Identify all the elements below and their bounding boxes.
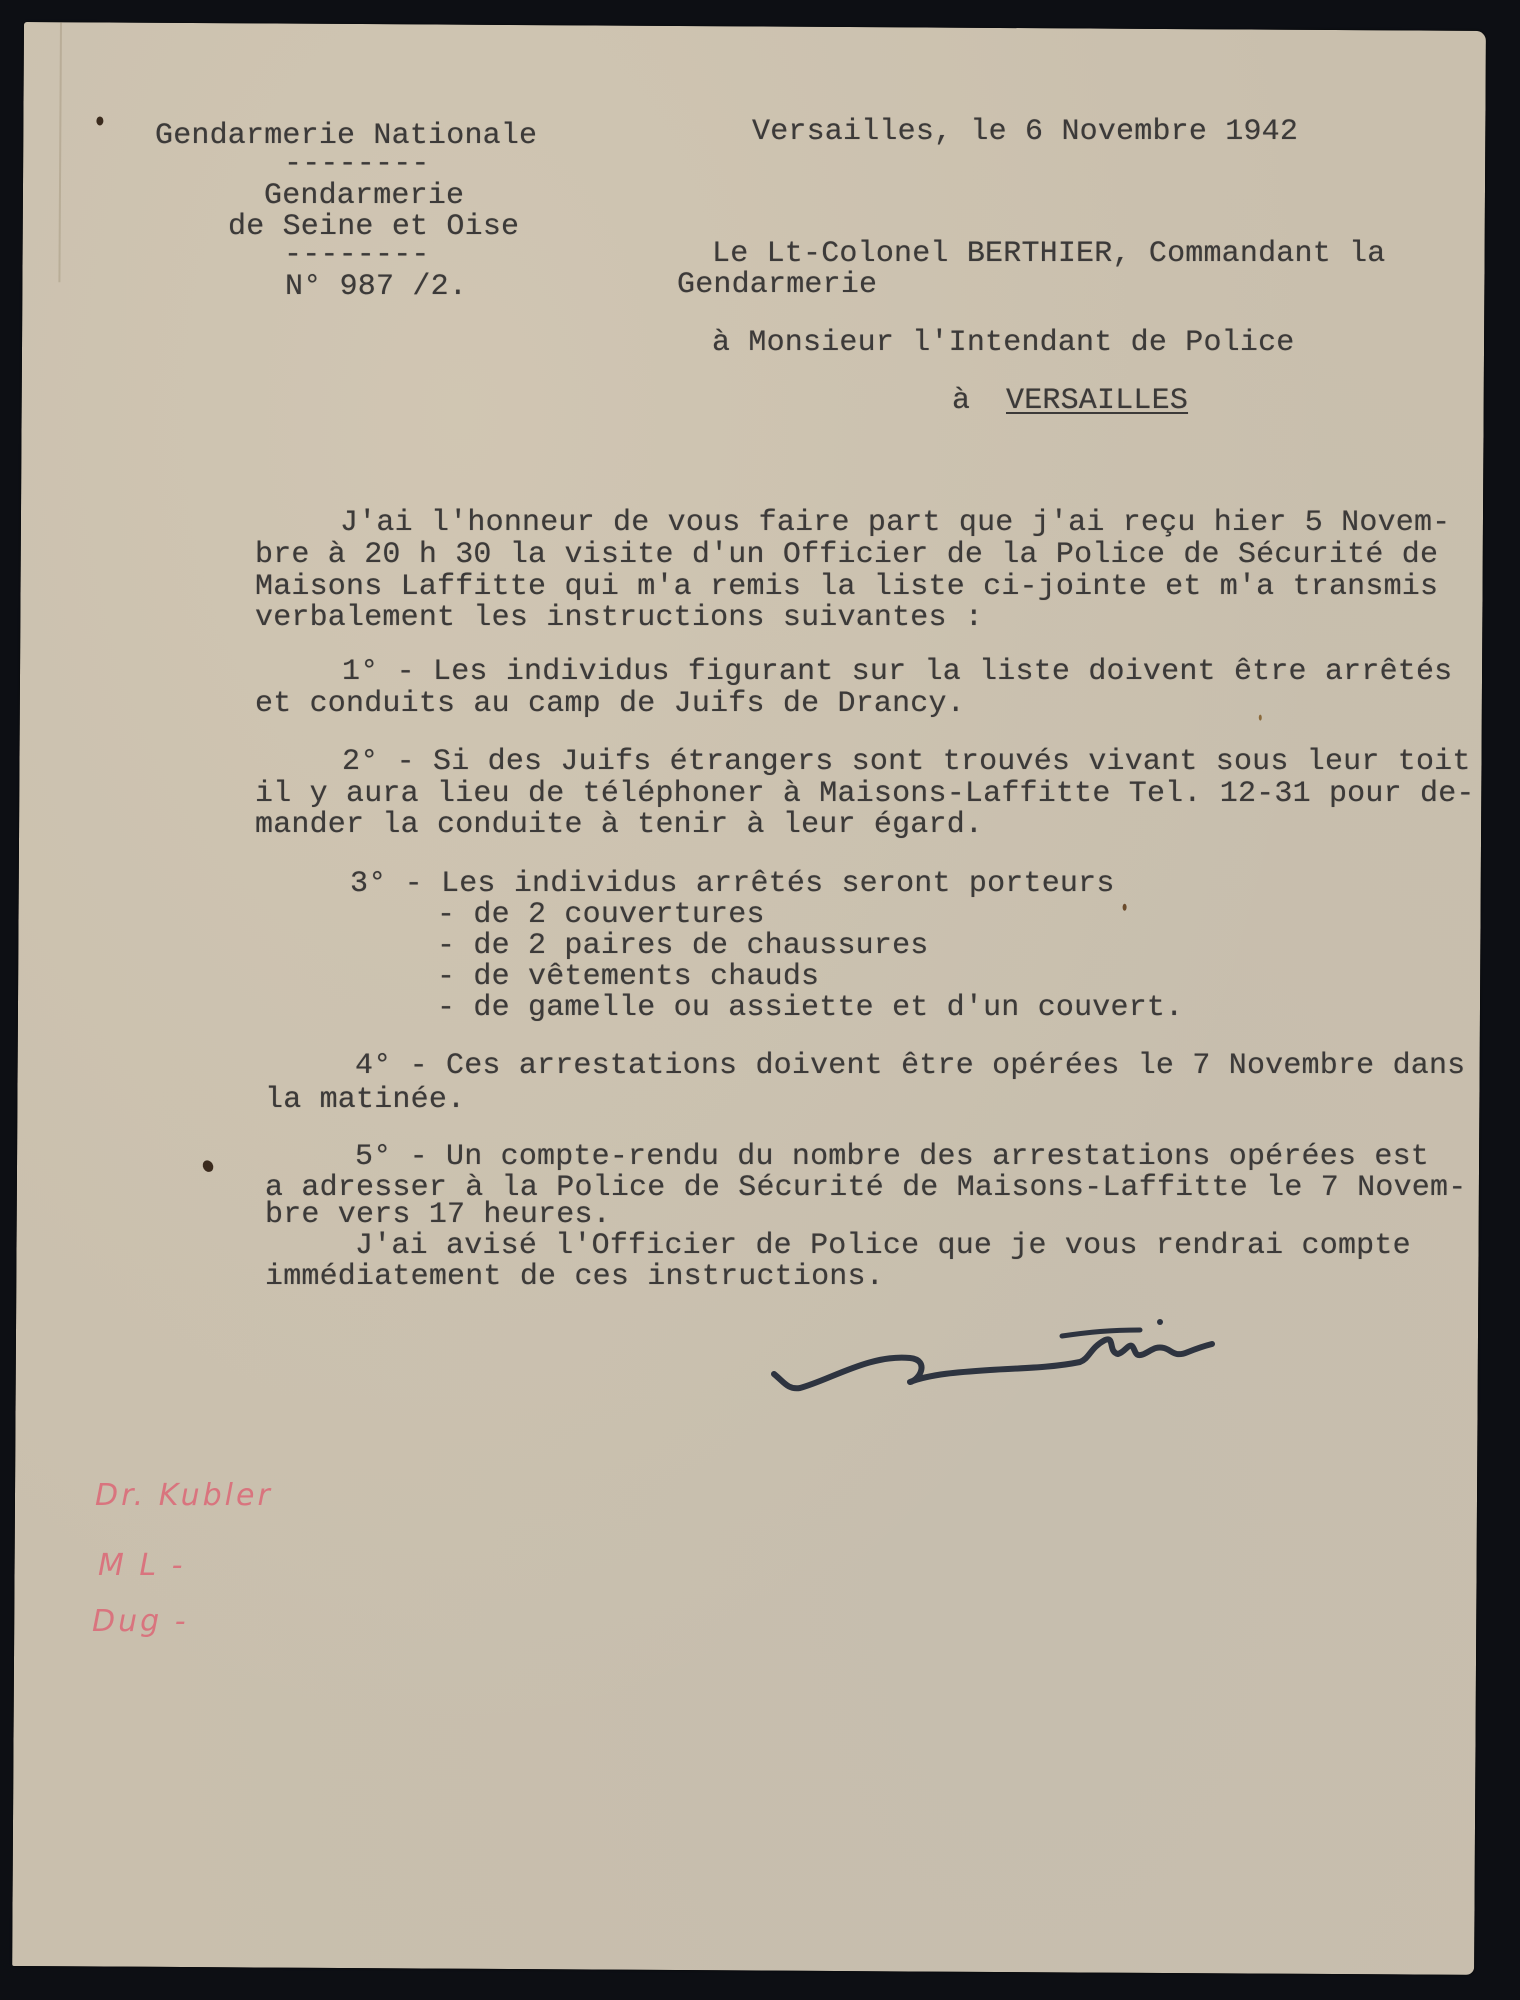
instruction-item-2: il y aura lieu de téléphoner à Maisons-L…	[255, 779, 1475, 809]
ink-spot	[1259, 715, 1262, 721]
instruction-subitem: - de 2 paires de chaussures	[437, 931, 928, 961]
instruction-item-2: 2° - Si des Juifs étrangers sont trouvés…	[342, 747, 1471, 777]
instruction-item-4: la matinée.	[265, 1085, 465, 1115]
reference-number: N° 987 /2.	[285, 272, 467, 302]
handwritten-note: Dug -	[92, 1604, 189, 1639]
closing-line: J'ai avisé l'Officier de Police que je v…	[355, 1231, 1411, 1261]
ink-spot	[201, 1158, 216, 1173]
ink-spot	[96, 116, 103, 125]
instruction-item-5: 5° - Un compte-rendu du nombre des arres…	[355, 1142, 1429, 1172]
instruction-subitem: - de 2 couvertures	[437, 900, 765, 930]
dateline: Versailles, le 6 Novembre 1942	[752, 117, 1298, 147]
instruction-item-5: bre vers 17 heures.	[265, 1200, 611, 1230]
recipient-city: VERSAILLES	[1006, 386, 1188, 416]
recipient-line1: à Monsieur l'Intendant de Police	[712, 328, 1295, 358]
letterhead-unit-line1: Gendarmerie	[264, 181, 464, 211]
ink-spot	[1123, 904, 1127, 911]
instruction-item-2: mander la conduite à tenir à leur égard.	[255, 810, 983, 840]
instruction-item-4: 4° - Ces arrestations doivent être opéré…	[355, 1051, 1465, 1081]
handwritten-note: Dr. Kubler	[95, 1478, 273, 1513]
handwritten-note: M L -	[98, 1548, 186, 1583]
letterhead-divider: --------	[284, 149, 430, 179]
body-intro-line: J'ai l'honneur de vous faire part que j'…	[340, 508, 1450, 538]
letterhead-divider: --------	[284, 240, 430, 270]
body-intro-line: bre à 20 h 30 la visite d'un Officier de…	[255, 540, 1438, 570]
closing-line: immédiatement de ces instructions.	[265, 1262, 884, 1292]
sender-line1: Le Lt-Colonel BERTHIER, Commandant la	[712, 239, 1386, 269]
instruction-subitem: - de vêtements chauds	[437, 962, 819, 992]
recipient-line2-prefix: à	[952, 386, 970, 416]
body-intro-line: Maisons Laffitte qui m'a remis la liste …	[255, 572, 1438, 602]
handwritten-signature-icon	[760, 1310, 1220, 1400]
sender-line2: Gendarmerie	[677, 270, 877, 300]
paper-fold-mark	[58, 22, 62, 282]
instruction-item-3: 3° - Les individus arrêtés seront porteu…	[350, 869, 1115, 899]
instruction-subitem: - de gamelle ou assiette et d'un couvert…	[437, 993, 1183, 1023]
instruction-item-1: 1° - Les individus figurant sur la liste…	[342, 657, 1452, 687]
instruction-item-1: et conduits au camp de Juifs de Drancy.	[255, 689, 965, 719]
body-intro-line: verbalement les instructions suivantes :	[255, 603, 983, 633]
